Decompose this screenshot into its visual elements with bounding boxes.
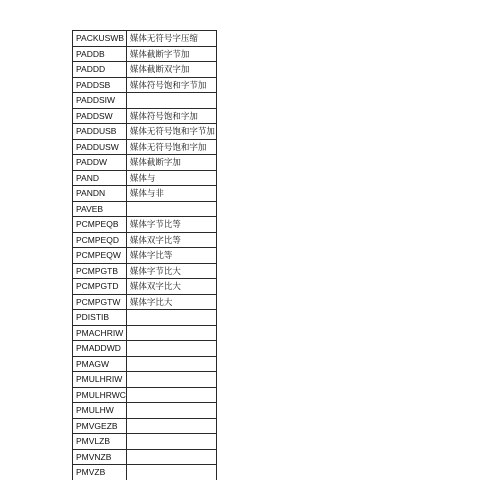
instruction-mnemonic: PCMPGTD xyxy=(73,279,127,295)
instruction-description xyxy=(126,325,216,341)
instruction-mnemonic: PMAGW xyxy=(73,356,127,372)
instruction-description xyxy=(126,201,216,217)
instruction-mnemonic: PCMPEQB xyxy=(73,217,127,233)
instruction-description xyxy=(126,403,216,419)
instruction-description: 媒体字节比等 xyxy=(126,217,216,233)
table-row: PCMPEQD媒体双字比等 xyxy=(73,232,217,248)
instruction-description: 媒体截断双字加 xyxy=(126,62,216,78)
instruction-mnemonic: PACKUSWB xyxy=(73,31,127,47)
instruction-description: 媒体无符号饱和字节加 xyxy=(126,124,216,140)
instruction-description xyxy=(126,310,216,326)
instruction-description: 媒体无符号字压缩 xyxy=(126,31,216,47)
instruction-mnemonic: PADDSB xyxy=(73,77,127,93)
instruction-description: 媒体符号饱和字加 xyxy=(126,108,216,124)
table-row: PMACHRIW xyxy=(73,325,217,341)
table-row: PADDSIW xyxy=(73,93,217,109)
table-row: PCMPGTW媒体字比大 xyxy=(73,294,217,310)
instruction-description xyxy=(126,387,216,403)
instruction-description xyxy=(126,341,216,357)
instruction-mnemonic: PMVZB xyxy=(73,465,127,480)
instruction-table-body: PACKUSWB媒体无符号字压缩PADDB媒体截断字节加PADDD媒体截断双字加… xyxy=(73,31,217,480)
instruction-mnemonic: PADDB xyxy=(73,46,127,62)
instruction-mnemonic: PADDUSB xyxy=(73,124,127,140)
table-row: PADDUSW媒体无符号饱和字加 xyxy=(73,139,217,155)
instruction-mnemonic: PMVNZB xyxy=(73,449,127,465)
table-row: PMADDWD xyxy=(73,341,217,357)
instruction-mnemonic: PMVLZB xyxy=(73,434,127,450)
table-row: PADDSW媒体符号饱和字加 xyxy=(73,108,217,124)
table-row: PADDD媒体截断双字加 xyxy=(73,62,217,78)
instruction-description: 媒体符号饱和字节加 xyxy=(126,77,216,93)
table-row: PDISTIB xyxy=(73,310,217,326)
table-row: PAVEB xyxy=(73,201,217,217)
instruction-mnemonic: PMADDWD xyxy=(73,341,127,357)
table-row: PADDSB媒体符号饱和字节加 xyxy=(73,77,217,93)
table-row: PCMPEQB媒体字节比等 xyxy=(73,217,217,233)
table-row: PMVNZB xyxy=(73,449,217,465)
instruction-description: 媒体双字比大 xyxy=(126,279,216,295)
table-row: PADDW媒体截断字加 xyxy=(73,155,217,171)
instruction-description xyxy=(126,465,216,480)
table-row: PADDUSB媒体无符号饱和字节加 xyxy=(73,124,217,140)
instruction-mnemonic: PADDSW xyxy=(73,108,127,124)
instruction-description xyxy=(126,418,216,434)
instruction-mnemonic: PMACHRIW xyxy=(73,325,127,341)
instruction-description xyxy=(126,434,216,450)
instruction-description: 媒体截断字加 xyxy=(126,155,216,171)
instruction-mnemonic: PADDSIW xyxy=(73,93,127,109)
instruction-mnemonic: PCMPGTW xyxy=(73,294,127,310)
instruction-description: 媒体字比大 xyxy=(126,294,216,310)
instruction-mnemonic: PAVEB xyxy=(73,201,127,217)
instruction-mnemonic: PMULHRWC xyxy=(73,387,127,403)
instruction-mnemonic: PANDN xyxy=(73,186,127,202)
table-row: PCMPEQW媒体字比等 xyxy=(73,248,217,264)
table-row: PMVGEZB xyxy=(73,418,217,434)
instruction-description xyxy=(126,93,216,109)
instruction-description: 媒体无符号饱和字加 xyxy=(126,139,216,155)
instruction-mnemonic: PDISTIB xyxy=(73,310,127,326)
instruction-mnemonic: PCMPEQW xyxy=(73,248,127,264)
table-row: PACKUSWB媒体无符号字压缩 xyxy=(73,31,217,47)
instruction-mnemonic: PMULHRIW xyxy=(73,372,127,388)
instruction-description: 媒体与非 xyxy=(126,186,216,202)
table-row: PMVLZB xyxy=(73,434,217,450)
table-row: PMULHRIW xyxy=(73,372,217,388)
instruction-description xyxy=(126,372,216,388)
instruction-description xyxy=(126,449,216,465)
instruction-mnemonic: PAND xyxy=(73,170,127,186)
document-page: PACKUSWB媒体无符号字压缩PADDB媒体截断字节加PADDD媒体截断双字加… xyxy=(0,0,480,480)
instruction-mnemonic: PCMPEQD xyxy=(73,232,127,248)
table-row: PAND媒体与 xyxy=(73,170,217,186)
instruction-table: PACKUSWB媒体无符号字压缩PADDB媒体截断字节加PADDD媒体截断双字加… xyxy=(72,30,217,480)
table-row: PMVZB xyxy=(73,465,217,480)
table-row: PCMPGTD媒体双字比大 xyxy=(73,279,217,295)
instruction-description: 媒体字比等 xyxy=(126,248,216,264)
instruction-mnemonic: PCMPGTB xyxy=(73,263,127,279)
instruction-description: 媒体与 xyxy=(126,170,216,186)
table-row: PMAGW xyxy=(73,356,217,372)
instruction-mnemonic: PMVGEZB xyxy=(73,418,127,434)
instruction-mnemonic: PADDD xyxy=(73,62,127,78)
instruction-mnemonic: PMULHW xyxy=(73,403,127,419)
instruction-description: 媒体字节比大 xyxy=(126,263,216,279)
table-row: PCMPGTB媒体字节比大 xyxy=(73,263,217,279)
table-row: PMULHW xyxy=(73,403,217,419)
instruction-mnemonic: PADDUSW xyxy=(73,139,127,155)
table-row: PMULHRWC xyxy=(73,387,217,403)
table-row: PANDN媒体与非 xyxy=(73,186,217,202)
instruction-mnemonic: PADDW xyxy=(73,155,127,171)
table-row: PADDB媒体截断字节加 xyxy=(73,46,217,62)
instruction-description: 媒体截断字节加 xyxy=(126,46,216,62)
instruction-description xyxy=(126,356,216,372)
instruction-description: 媒体双字比等 xyxy=(126,232,216,248)
